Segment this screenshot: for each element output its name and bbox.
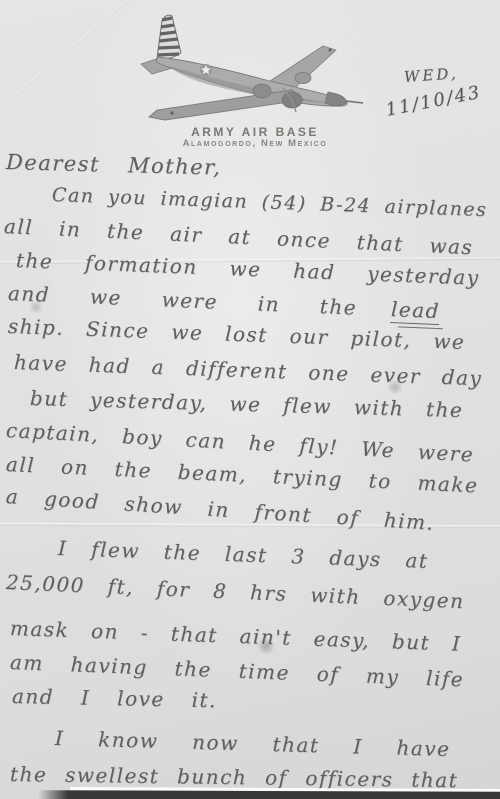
letter-line: I flew the last 3 days at [58, 536, 429, 573]
letter-line: I know now that I have [55, 726, 451, 761]
letterhead-location: Alamogordo, New Mexico [140, 138, 370, 149]
letter-line: have had a different one ever day [14, 350, 483, 390]
letter-line-text: and we were in the [7, 281, 357, 320]
handwritten-weekday: WED, [403, 64, 459, 86]
scan-edge-shadow [38, 790, 500, 799]
salutation: Dearest Mother, [6, 150, 222, 180]
letter-line: mask on - that ain't easy, but I [10, 616, 462, 656]
letterhead-title: ARMY AIR BASE [155, 125, 355, 139]
underlined-word: lead [390, 297, 440, 325]
letter-page: ARMY AIR BASE Alamogordo, New Mexico WED… [0, 0, 500, 799]
letter-line: Can you imagian (54) B-24 airplanes [52, 184, 488, 221]
handwritten-date: 11/10/43 [384, 82, 483, 121]
nose [325, 92, 346, 106]
letter-line: and I love it. [12, 684, 217, 712]
bomber-airplane-illustration [140, 8, 365, 133]
letter-line: 25,000 ft, for 8 hrs with oxygen [5, 570, 465, 613]
near-wing [149, 90, 303, 120]
